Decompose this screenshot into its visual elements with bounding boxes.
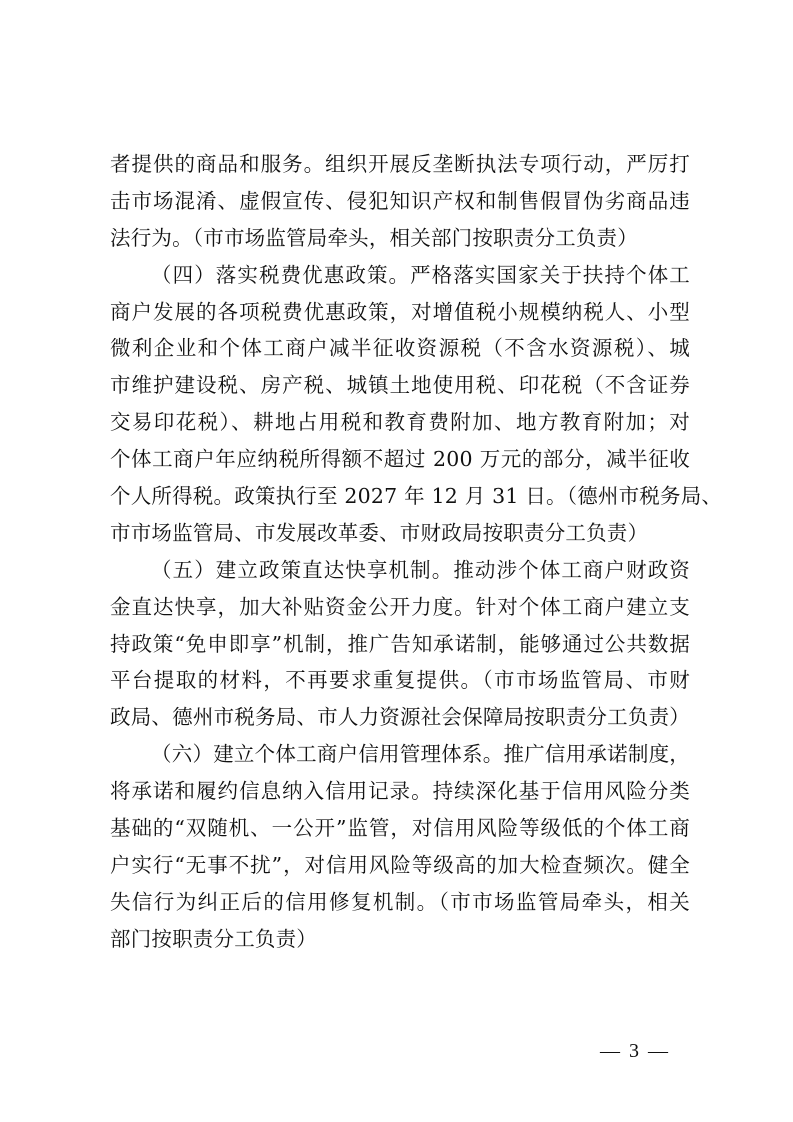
section-heading-line: （六）建立个体工商户信用管理体系。推广信用承诺制度，: [110, 736, 690, 773]
text-line: 部门按职责分工负责）: [110, 921, 690, 958]
text-line: 基础的“双随机、一公开”监管，对信用风险等级低的个体工商: [110, 810, 690, 847]
text-line: 平台提取的材料，不再要求重复提供。（市市场监管局、市财: [110, 662, 690, 699]
text-line: 持政策“免申即享”机制，推广告知承诺制，能够通过公共数据: [110, 626, 690, 663]
text-line: 击市场混淆、虚假宣传、侵犯知识产权和制售假冒伪劣商品违: [110, 183, 690, 220]
text-line: 市维护建设税、房产税、城镇土地使用税、印花税（不含证券: [110, 367, 690, 404]
text-line: 交易印花税）、耕地占用税和教育费附加、地方教育附加；对: [110, 404, 690, 441]
text-line: 将承诺和履约信息纳入信用记录。持续深化基于信用风险分类: [110, 773, 690, 810]
document-page: 者提供的商品和服务。组织开展反垄断执法专项行动，严厉打 击市场混淆、虚假宣传、侵…: [0, 0, 793, 1122]
document-body: 者提供的商品和服务。组织开展反垄断执法专项行动，严厉打 击市场混淆、虚假宣传、侵…: [110, 146, 690, 958]
text-line: 法行为。（市市场监管局牵头，相关部门按职责分工负责）: [110, 220, 690, 257]
text-line: 商户发展的各项税费优惠政策，对增值税小规模纳税人、小型: [110, 294, 690, 331]
text-line: 市市场监管局、市发展改革委、市财政局按职责分工负责）: [110, 515, 690, 552]
text-line: 金直达快享，加大补贴资金公开力度。针对个体工商户建立支: [110, 589, 690, 626]
text-line: 个体工商户年应纳税所得额不超过 200 万元的部分，减半征收: [110, 441, 690, 478]
text-line: 失信行为纠正后的信用修复机制。（市市场监管局牵头，相关: [110, 884, 690, 921]
section-heading-line: （四）落实税费优惠政策。严格落实国家关于扶持个体工: [110, 257, 690, 294]
text-line: 户实行“无事不扰”，对信用风险等级高的加大检查频次。健全: [110, 847, 690, 884]
text-line: 微利企业和个体工商户减半征收资源税（不含水资源税）、城: [110, 330, 690, 367]
text-line: 个人所得税。政策执行至 2027 年 12 月 31 日。（德州市税务局、: [110, 478, 690, 515]
section-heading-line: （五）建立政策直达快享机制。推动涉个体工商户财政资: [110, 552, 690, 589]
text-line: 者提供的商品和服务。组织开展反垄断执法专项行动，严厉打: [110, 146, 690, 183]
text-line: 政局、德州市税务局、市人力资源社会保障局按职责分工负责）: [110, 699, 690, 736]
page-number: — 3 —: [600, 1040, 670, 1063]
